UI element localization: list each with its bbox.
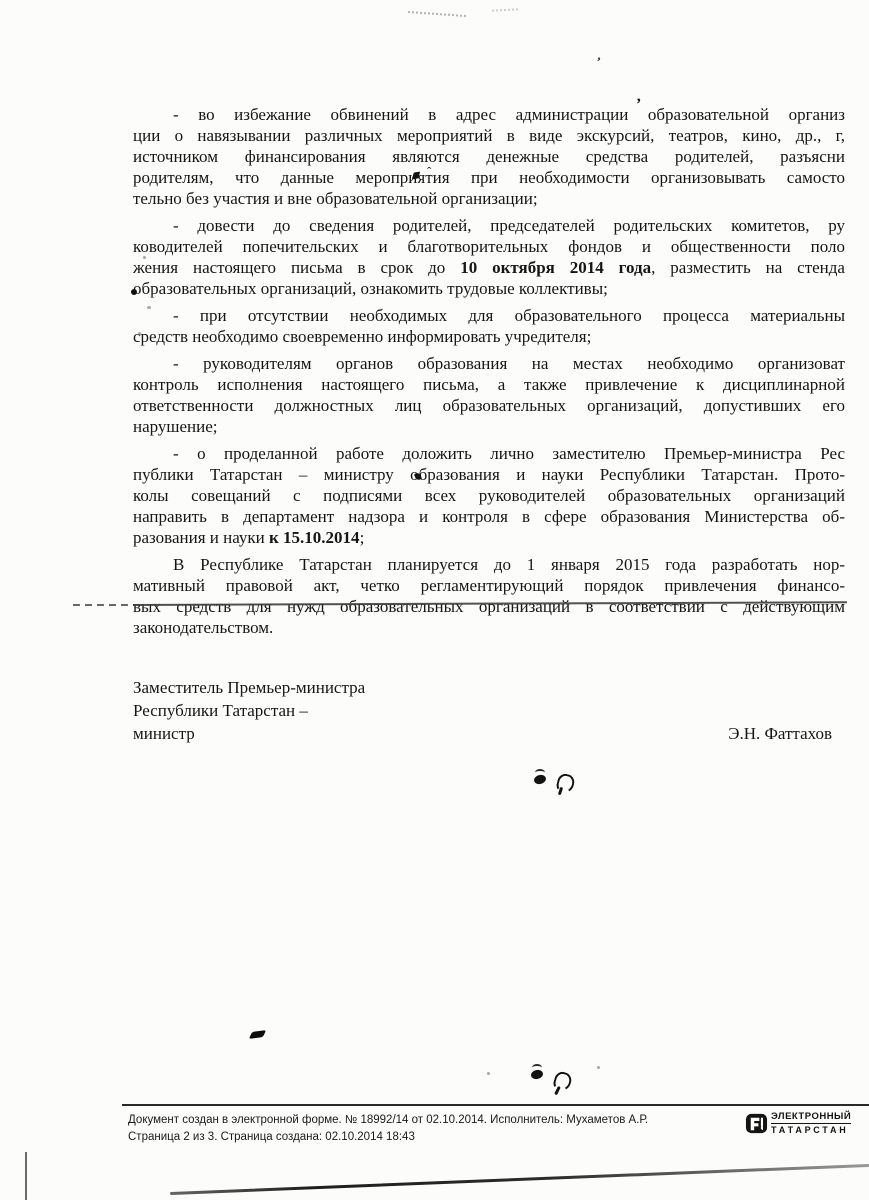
ink-speck [533,774,547,786]
text-line: В Республике Татарстан планируется до 1 … [133,554,845,575]
ink-speck [530,1069,544,1080]
bold-deadline-date: к 15.10.2014 [269,528,360,547]
footer-doc-info: Документ создан в электронной форме. № 1… [128,1112,728,1129]
footer: Документ создан в электронной форме. № 1… [128,1112,728,1146]
scan-edge-diagonal-line [170,1164,869,1195]
signer-position-line: Республики Татарстан – [133,699,365,722]
ink-speck [147,306,151,309]
text-line: - во избежание обвинений в адрес админис… [133,104,845,125]
ink-speck [143,256,146,259]
letter-body: - во избежание обвинений в адрес админис… [133,104,845,745]
ink-speck [487,1072,490,1075]
paragraph: - довести до сведения родителей, председ… [133,215,845,299]
logo-line-tatarstan: ТАТАРСТАН [771,1124,851,1135]
text-line: публики Татарстан – министру образования… [133,464,845,485]
text-line: тельно без участия и вне образовательной… [133,188,845,209]
ink-dot [131,289,137,295]
text-line: направить в департамент надзора и контро… [133,506,845,527]
signer-position: Заместитель Премьер-министра Республики … [133,676,365,745]
text-line: - о проделанной работе доложить лично за… [133,443,845,464]
text-segment: ; [360,528,365,547]
ink-blot [249,1030,266,1039]
text-line: источником финансирования являются денеж… [133,146,845,167]
logo-line-electronic: ЭЛЕКТРОННЫЙ [771,1111,851,1124]
scan-noise-mark [492,8,518,11]
text-line: колы совещаний с подписями всех руководи… [133,485,845,506]
ink-speck: ’ [636,96,641,114]
scan-noise-mark [408,11,466,17]
signer-position-line: министр [133,722,365,745]
paragraph: - при отсутствии необходимых для образов… [133,305,845,347]
text-line: контроль исполнения настоящего письма, а… [133,374,845,395]
text-line: - при отсутствии необходимых для образов… [133,305,845,326]
ink-speck [138,332,141,336]
ink-speck [597,1066,600,1069]
text-segment: , разместить на стенда [651,258,845,277]
bold-deadline-date: 10 октября 2014 года [460,258,651,277]
text-segment: жения настоящего письма в срок до [133,258,460,277]
signer-name: Э.Н. Фаттахов [728,722,832,745]
text-line: жения настоящего письма в срок до 10 окт… [133,257,845,278]
text-line: вых средств для нужд образовательных орг… [133,596,845,617]
paragraph: - о проделанной работе доложить лично за… [133,443,845,548]
paragraph: - во избежание обвинений в адрес админис… [133,104,845,209]
text-line: - руководителям органов образования на м… [133,353,845,374]
text-line: законодательством. [133,617,845,638]
text-line: нарушение; [133,416,845,437]
text-line: мативный правовой акт, четко регламентир… [133,575,845,596]
ink-speck: ’ [594,54,602,71]
text-line: ции о навязывании различных мероприятий … [133,125,845,146]
text-segment: разования и науки [133,528,269,547]
ink-speck: ˆ [427,164,431,180]
text-line: ководителей попечительских и благотворит… [133,236,845,257]
text-line: - довести до сведения родителей, председ… [133,215,845,236]
text-line: образовательных организаций, ознакомить … [133,278,845,299]
scanned-document-page: - во избежание обвинений в адрес админис… [0,0,869,1200]
footer-page-info: Страница 2 из 3. Страница создана: 02.10… [128,1129,728,1146]
e-tatarstan-logo-text: ЭЛЕКТРОННЫЙ ТАТАРСТАН [771,1111,851,1135]
scan-line-artifact-dashes [73,604,135,606]
text-line: разования и науки к 15.10.2014; [133,527,845,548]
signer-position-line: Заместитель Премьер-министра [133,676,365,699]
footer-divider [122,1104,869,1106]
paragraph: В Республике Татарстан планируется до 1 … [133,554,845,638]
ink-speck: ˆ [450,474,454,486]
scan-edge-line [25,1152,27,1200]
text-line: средств необходимо своевременно информир… [133,326,845,347]
e-tatarstan-logo-icon [745,1111,768,1140]
e-tatarstan-logo: ЭЛЕКТРОННЫЙ ТАТАРСТАН [745,1111,851,1140]
signature-block: Заместитель Премьер-министра Республики … [133,676,845,745]
paragraph: - руководителям органов образования на м… [133,353,845,437]
text-line: ответственности должностных лиц образова… [133,395,845,416]
text-line: родителям, что данные мероприятия при не… [133,167,845,188]
